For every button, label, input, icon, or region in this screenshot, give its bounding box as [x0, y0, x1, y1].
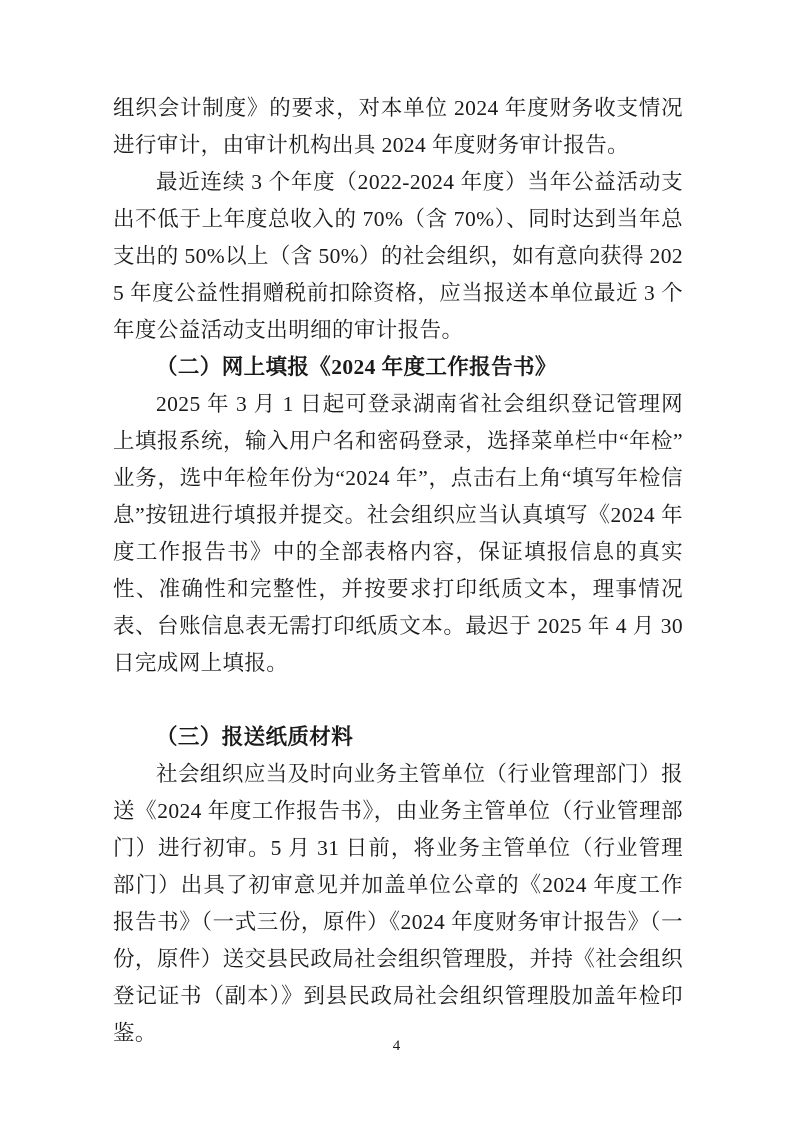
- paragraph-charity-expenditure: 最近连续 3 个年度（2022-2024 年度）当年公益活动支出不低于上年度总收…: [113, 164, 683, 349]
- section-heading-paper-materials: （三）报送纸质材料: [113, 719, 683, 756]
- document-page: 组织会计制度》的要求，对本单位 2024 年度财务收支情况进行审计，由审计机构出…: [0, 0, 793, 1122]
- paragraph-audit-continued: 组织会计制度》的要求，对本单位 2024 年度财务收支情况进行审计，由审计机构出…: [113, 90, 683, 164]
- section-heading-online-filing: （二）网上填报《2024 年度工作报告书》: [113, 349, 683, 386]
- paragraph-paper-materials-instructions: 社会组织应当及时向业务主管单位（行业管理部门）报送《2024 年度工作报告书》，…: [113, 756, 683, 1052]
- document-body: 组织会计制度》的要求，对本单位 2024 年度财务收支情况进行审计，由审计机构出…: [113, 90, 683, 1052]
- page-number: 4: [0, 1038, 793, 1055]
- blank-line-spacer: [113, 682, 683, 719]
- paragraph-online-filing-instructions: 2025 年 3 月 1 日起可登录湖南省社会组织登记管理网上填报系统，输入用户…: [113, 386, 683, 682]
